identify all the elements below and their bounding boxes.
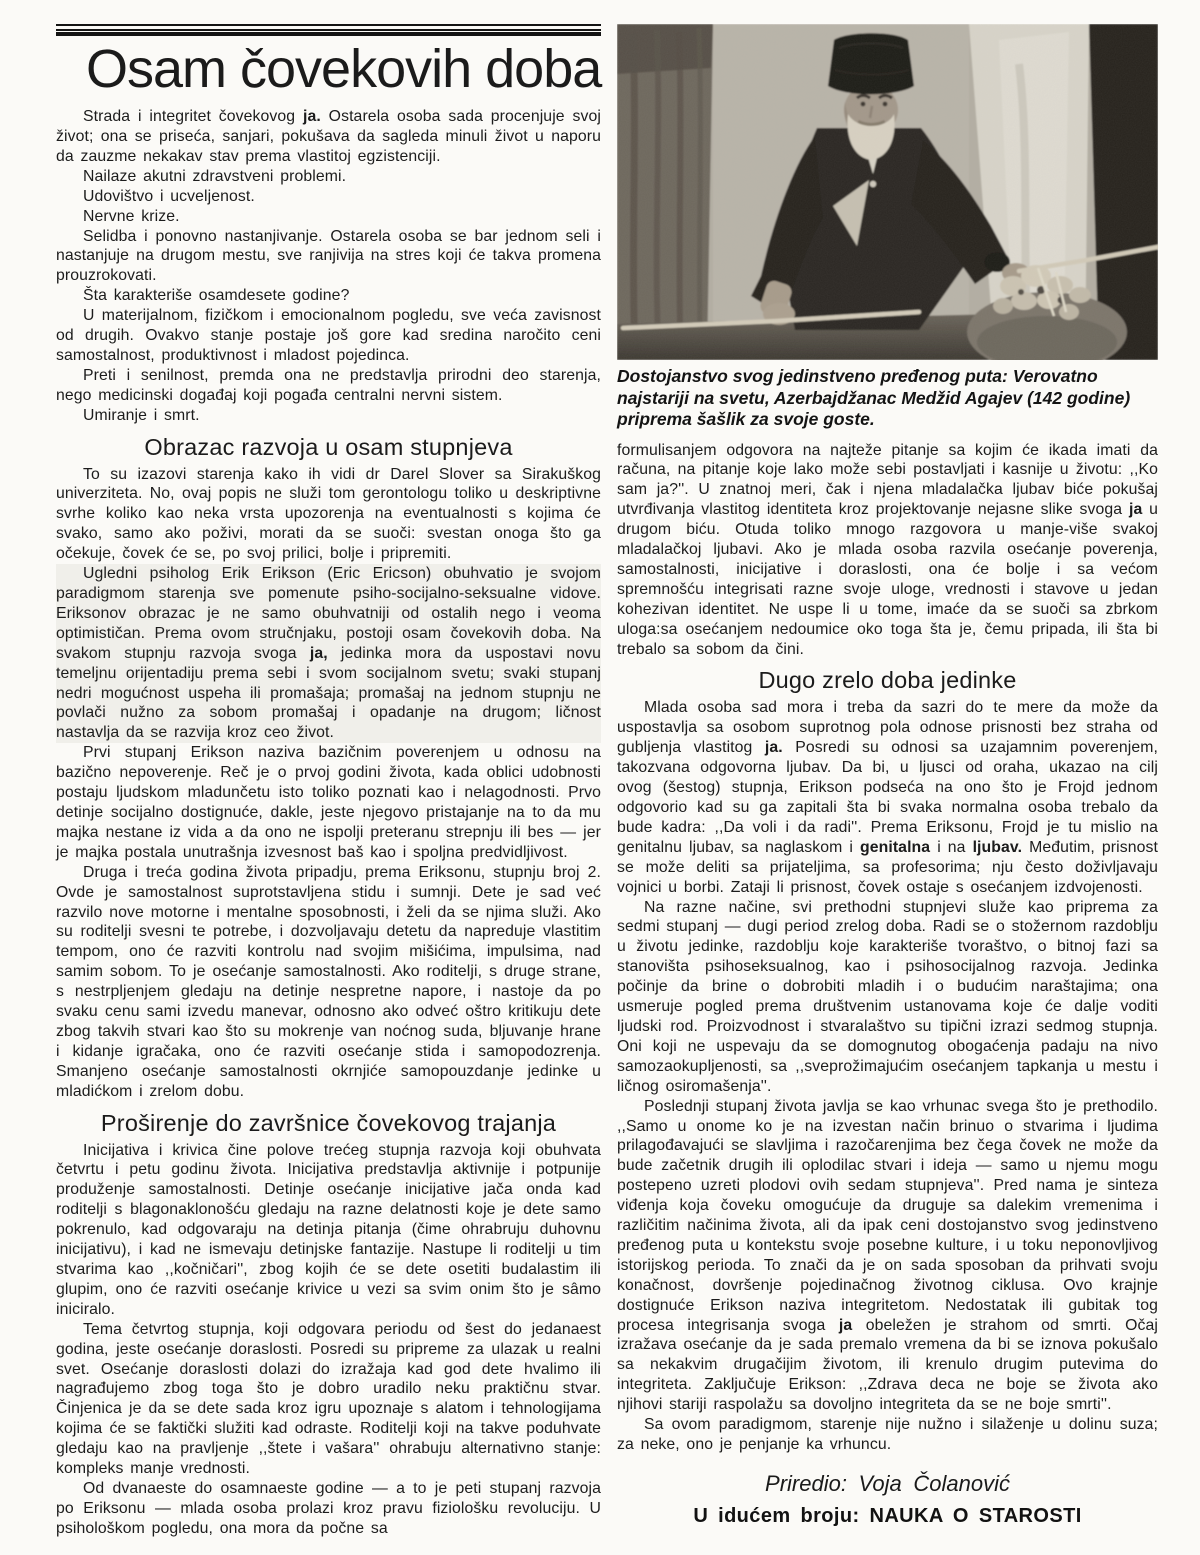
- top-rule: [56, 24, 601, 36]
- photo-grain-overlay: [617, 24, 1158, 360]
- paragraph: Od dvanaeste do osamnaeste godine — a to…: [56, 1479, 601, 1539]
- paragraph: Nervne krize.: [56, 207, 601, 227]
- paragraph: To su izazovi starenja kako ih vidi dr D…: [56, 465, 601, 565]
- paragraph: U materijalnom, fizičkom i emocionalnom …: [56, 306, 601, 366]
- paragraph: Sa ovom paradigmom, starenje nije nužno …: [617, 1415, 1158, 1455]
- paragraph: Strada i integritet čovekovog ja. Ostare…: [56, 107, 601, 167]
- paragraph: Druga i treća godina života pripadju, pr…: [56, 863, 601, 1102]
- paragraph: Nailaze akutni zdravstveni problemi.: [56, 167, 601, 187]
- paragraph: Mlada osoba sad mora i treba da sazri do…: [617, 698, 1158, 897]
- paragraph: Umiranje i smrt.: [56, 406, 601, 426]
- next-issue-note: U idućem broju: NAUKA O STAROSTI: [617, 1505, 1158, 1528]
- section-heading: Proširenje do završnice čovekovog trajan…: [56, 1110, 601, 1137]
- paragraph: Udovištvo i ucveljenost.: [56, 187, 601, 207]
- section-heading: Dugo zrelo doba jedinke: [617, 667, 1158, 694]
- article-title: Osam čovekovih doba: [86, 42, 601, 97]
- article-body-right: formulisanjem odgovora na najteže pitanj…: [617, 441, 1158, 1455]
- paragraph: Šta karakteriše osamdesete godine?: [56, 286, 601, 306]
- paragraph: Prvi stupanj Erikson naziva bazičnim pov…: [56, 743, 601, 862]
- section-heading: Obrazac razvoja u osam stupnjeva: [56, 434, 601, 461]
- elderly-man-photo-illustration: [617, 24, 1158, 360]
- paragraph: Na razne načine, svi prethodni stupnjevi…: [617, 898, 1158, 1097]
- paragraph: Preti i senilnost, premda ona ne predsta…: [56, 366, 601, 406]
- paragraph: Inicijativa i krivica čine polove trećeg…: [56, 1141, 601, 1320]
- article-body-left: Strada i integritet čovekovog ja. Ostare…: [56, 107, 601, 1539]
- article-photo: [617, 24, 1158, 360]
- paragraph: Poslednji stupanj života javlja se kao v…: [617, 1097, 1158, 1416]
- paragraph: Tema četvrtog stupnja, koji odgovara per…: [56, 1320, 601, 1479]
- byline: Priredio: Voja Čolanović: [617, 1471, 1158, 1497]
- photo-caption: Dostojanstvo svog jedinstveno pređenog p…: [617, 366, 1154, 431]
- paragraph: Ugledni psiholog Erik Erikson (Eric Eric…: [56, 564, 601, 743]
- paragraph: formulisanjem odgovora na najteže pitanj…: [617, 441, 1158, 660]
- left-column: Osam čovekovih doba Strada i integritet …: [56, 24, 601, 1539]
- paragraph: Selidba i ponovno nastanjivanje. Ostarel…: [56, 227, 601, 287]
- newspaper-page: Osam čovekovih doba Strada i integritet …: [0, 0, 1200, 1555]
- right-column: Dostojanstvo svog jedinstveno pređenog p…: [617, 24, 1158, 1539]
